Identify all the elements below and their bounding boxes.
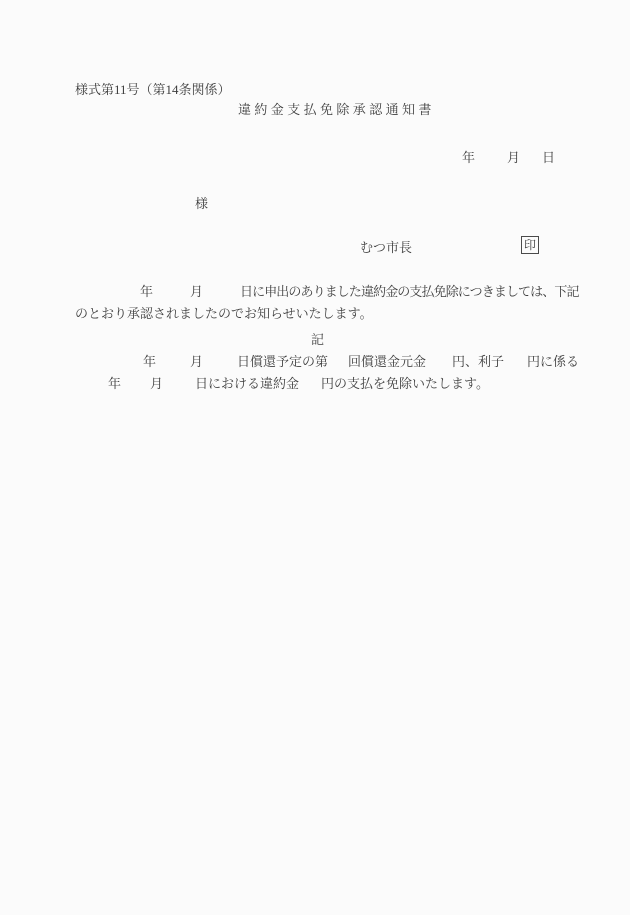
detail-line1-segment2: 回償還金元金 [348, 354, 426, 370]
addressee-suffix: 様 [195, 196, 208, 212]
body-line1-text: 日に申出のありました違約金の支払免除につきましては、下記 [240, 284, 579, 300]
document-page: 様式第11号（第14条関係） 違約金支払免除承認通知書 年 月 日 様 むつ市長… [0, 0, 630, 915]
body-line2-text: のとおり承認されましたのでお知らせいたします。 [75, 306, 373, 322]
detail-line2-month-label: 月 [150, 376, 163, 392]
document-title: 違約金支払免除承認通知書 [238, 102, 435, 118]
form-number: 様式第11号（第14条関係） [75, 82, 231, 98]
detail-line2-segment2: 円の支払を免除いたします。 [321, 376, 489, 392]
detail-line1-segment1: 日償還予定の第 [237, 354, 328, 370]
date-month-label: 月 [507, 150, 520, 166]
detail-line1-segment3: 円、利子 [452, 354, 504, 370]
sender-name: むつ市長 [360, 240, 412, 256]
detail-line1-segment4: 円に係る [527, 354, 579, 370]
detail-line2-segment1: 日における違約金 [195, 376, 299, 392]
date-year-label: 年 [462, 150, 475, 166]
detail-line1-year-label: 年 [143, 354, 156, 370]
date-day-label: 日 [542, 150, 555, 166]
record-marker: 記 [311, 332, 324, 348]
detail-line1-month-label: 月 [190, 354, 203, 370]
body-line1-year-label: 年 [140, 284, 153, 300]
detail-line2-year-label: 年 [108, 376, 121, 392]
body-line1-month-label: 月 [190, 284, 203, 300]
seal-placeholder: 印 [521, 236, 539, 254]
